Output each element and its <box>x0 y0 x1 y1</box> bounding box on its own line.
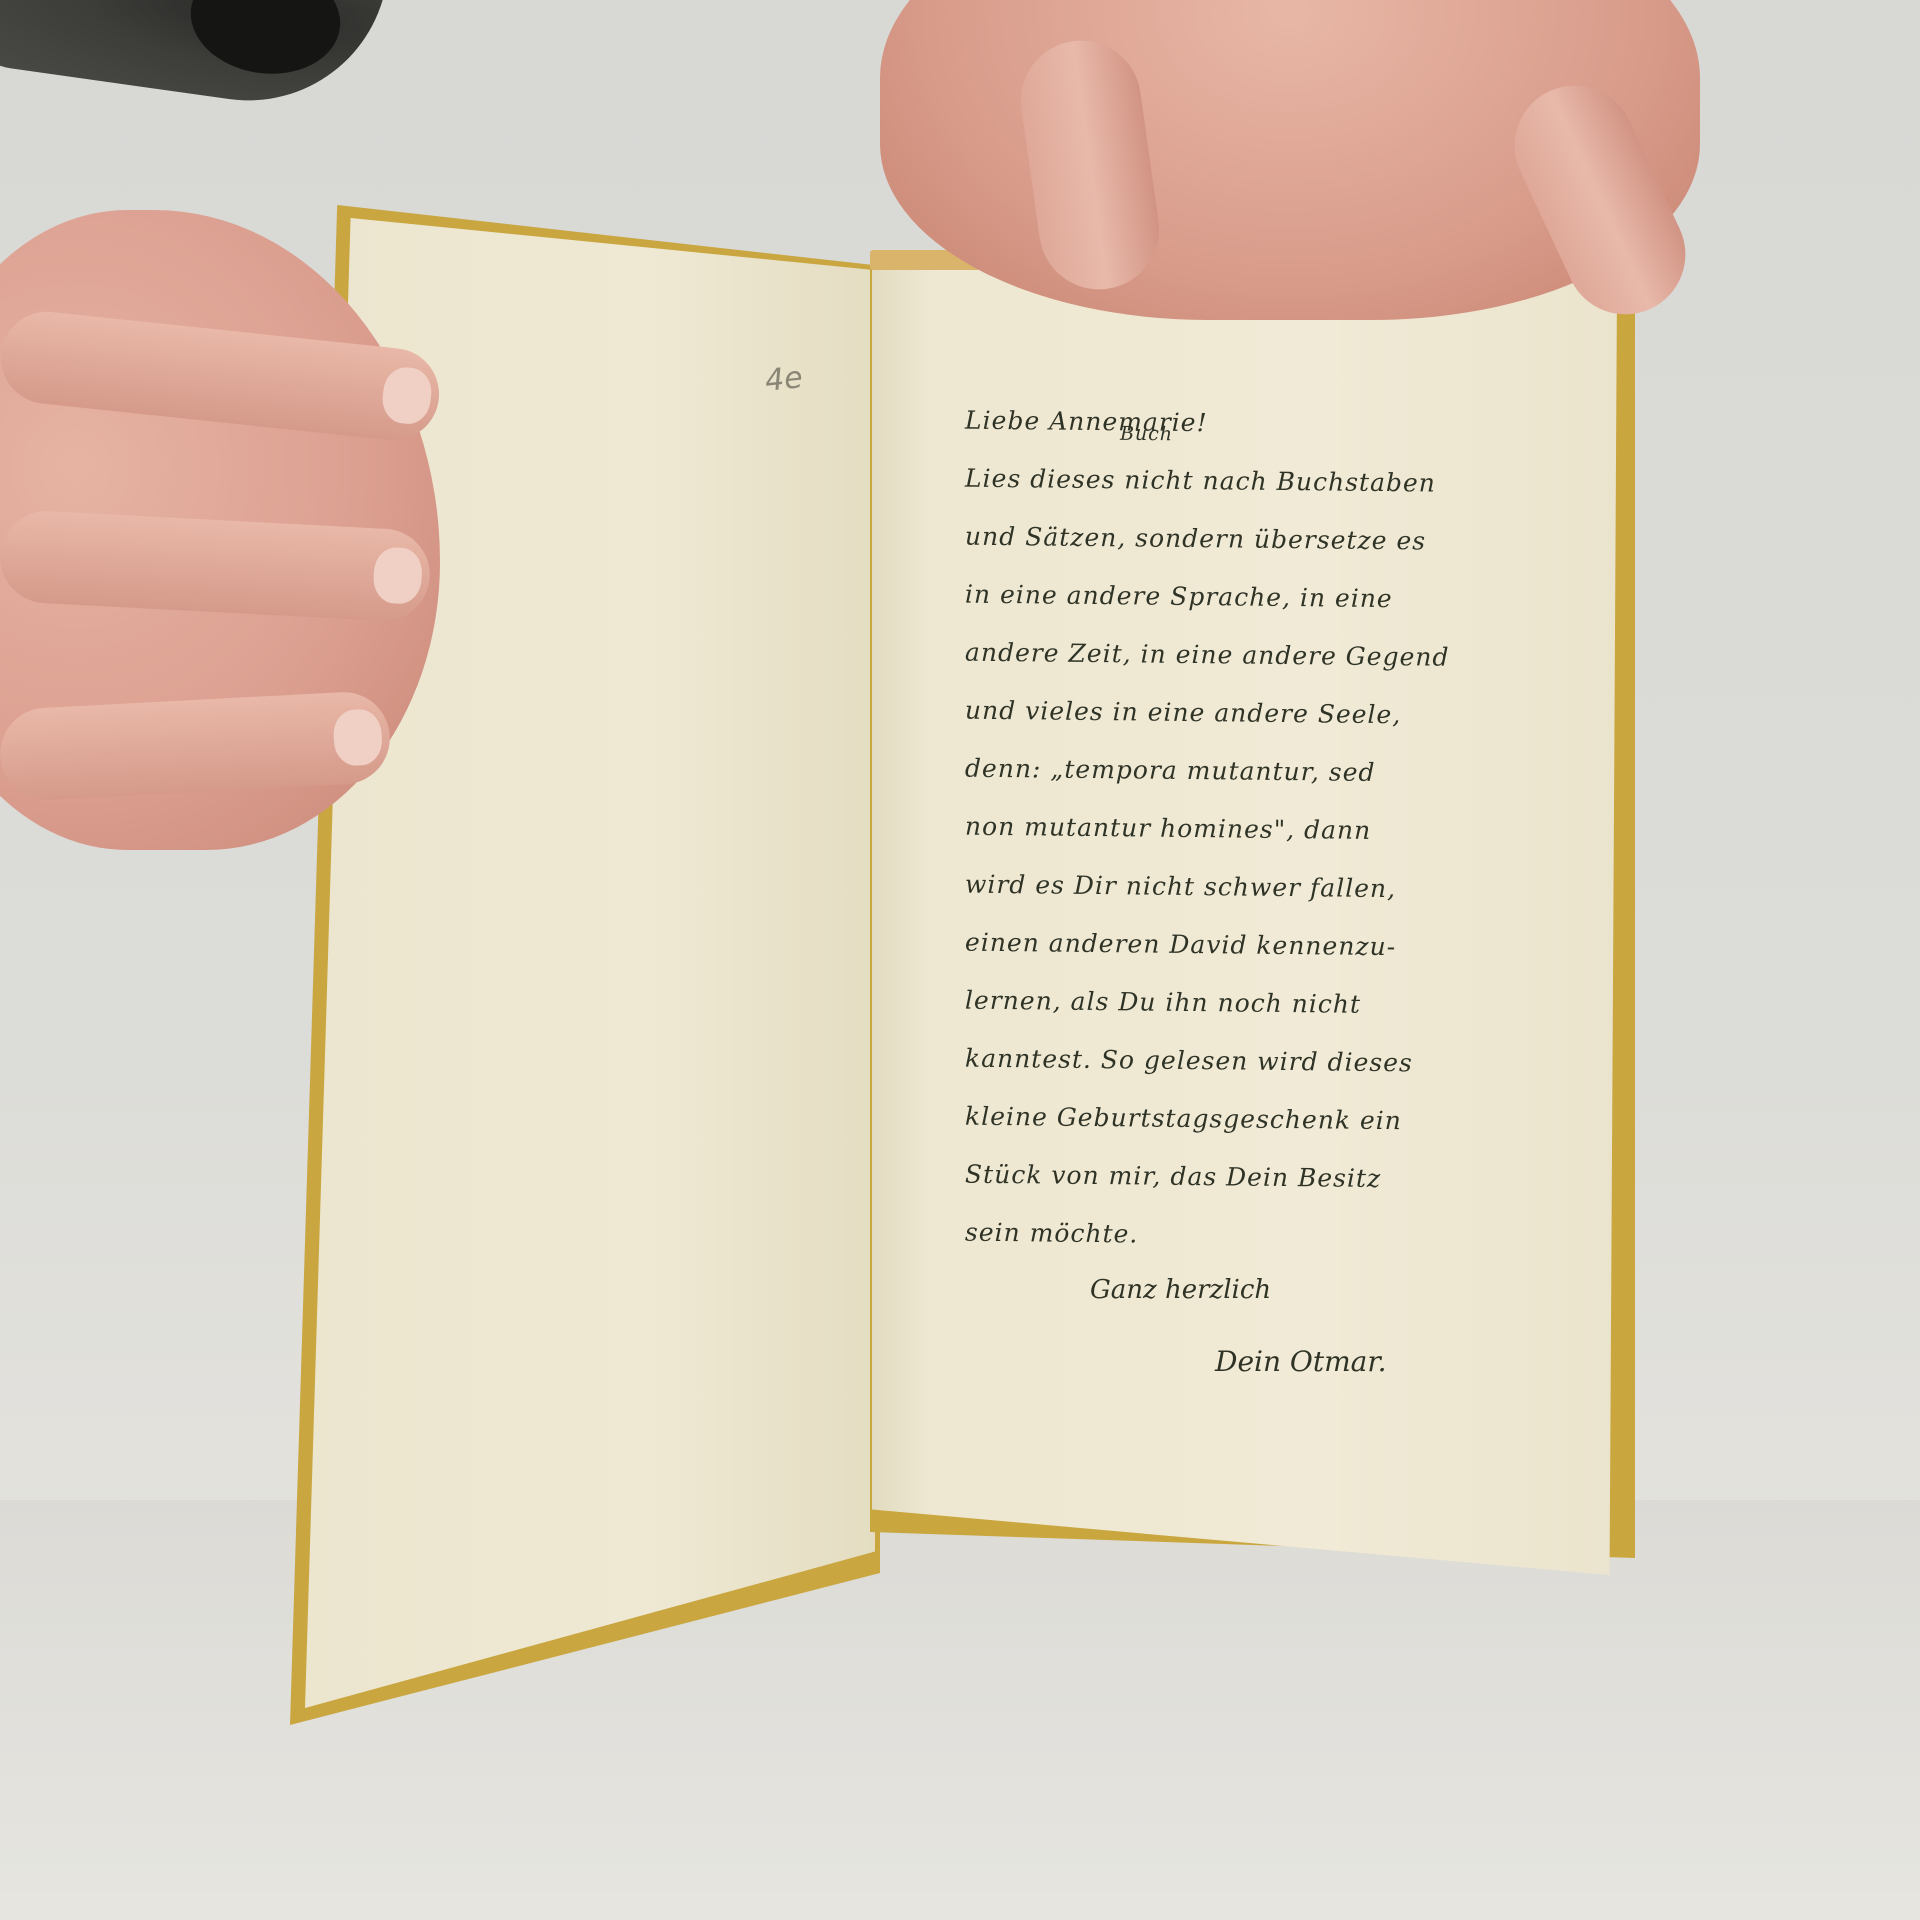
sleeve-opening <box>184 0 348 83</box>
inscription-line: in eine andere Sprache, in eine <box>965 566 1606 631</box>
inscription-closing: Ganz herzlich <box>1090 1275 1271 1305</box>
inscription-line: und Sätzen, sondern übersetze es <box>965 508 1606 573</box>
handwritten-dedication: Liebe Annemarie! Buch Lies dieses nicht … <box>965 395 1605 1265</box>
pencil-mark: 4e <box>763 360 804 399</box>
inscription-line: wird es Dir nicht schwer fallen, <box>965 856 1606 921</box>
inscription-line: Lies dieses nicht nach Buchstaben <box>965 450 1606 515</box>
inscription-line: non mutantur homines", dann <box>965 798 1606 863</box>
inscription-insert: Buch <box>1120 425 1173 445</box>
inscription-line: einen anderen David kennenzu- <box>965 914 1606 979</box>
inscription-line: lernen, als Du ihn noch nicht <box>965 972 1606 1037</box>
inscription-line: Stück von mir, das Dein Besitz <box>965 1146 1606 1211</box>
fingernail <box>380 365 434 426</box>
inscription-line: kleine Geburtstagsgeschenk ein <box>965 1088 1606 1153</box>
inscription-signature: Dein Otmar. <box>1215 1345 1387 1378</box>
photo-scene: 4e Liebe Annemarie! Buch Lies dieses nic… <box>0 0 1920 1920</box>
fingernail <box>372 546 423 604</box>
inscription-line: Liebe Annemarie! <box>965 392 1606 457</box>
table-surface <box>0 1500 1920 1920</box>
fingernail <box>332 708 383 766</box>
inscription-line: andere Zeit, in eine andere Gegend <box>965 624 1606 689</box>
inscription-line: und vieles in eine andere Seele, <box>965 682 1606 747</box>
sweater-sleeve <box>0 0 388 118</box>
inscription-line: denn: „tempora mutantur, sed <box>965 740 1606 805</box>
inscription-line: sein möchte. <box>965 1204 1606 1269</box>
inscription-line: kanntest. So gelesen wird dieses <box>965 1030 1606 1095</box>
